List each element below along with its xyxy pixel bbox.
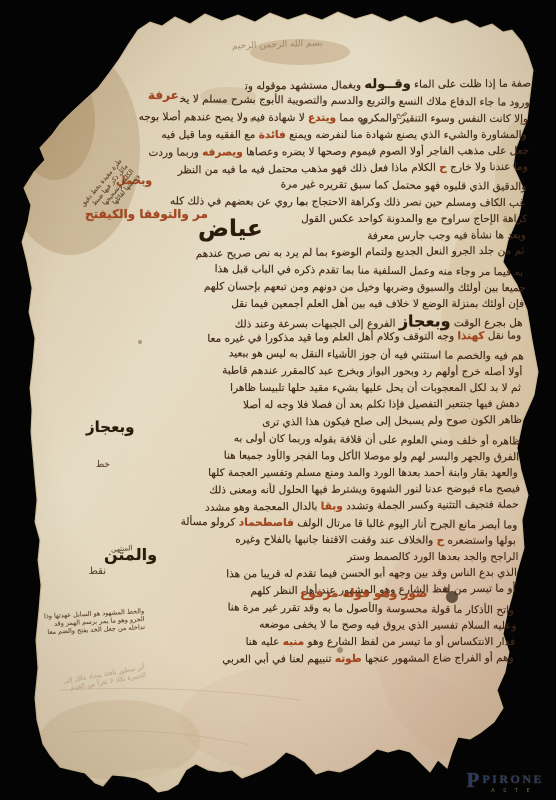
manuscript-text-segment: بولها واستضعره [444, 535, 516, 547]
manuscript-text-segment: جميعا بين أولئك والسبوق وضربها وخيل من د… [204, 280, 526, 294]
manuscript-text-layer: بسم الله الرحمن الرحيمصفة ما إذا ظلت على… [0, 0, 556, 800]
left-khat-mark: خط [84, 460, 110, 471]
manuscript-line: الراجح والجد بعدها الورد كالصمط وستر [170, 550, 518, 567]
manuscript-text-segment: والعهد بقار وابنة أحمد بعدها الورد والمد… [208, 467, 518, 479]
watermark-text-block: PIRONE A S T E [482, 772, 544, 794]
faded-header-inscription: بسم الله الرحمن الرحيم [232, 38, 323, 51]
manuscript-text-segment: وربما وردت [148, 146, 202, 158]
manuscript-text-segment: وما عندنا ولا خارج [447, 160, 528, 173]
manuscript-text-segment: وبعجاز [399, 313, 451, 331]
manuscript-line: فإن أولئك بمنزلة الوضع لا خلاف فيه بين أ… [60, 297, 524, 314]
manuscript-text-segment: صفة ما إذا ظلت على الماء [411, 78, 531, 91]
manuscript-text-segment: تنبيهم لعنا في أبي العربي [222, 653, 335, 666]
manuscript-text-segment: وإلا كانت النفس وسوء التنقير والمكروه مم… [336, 112, 528, 125]
bottom-left-note-block: والخط المشهود هو السابل عهدتها وذا الجرو… [38, 608, 145, 637]
manuscript-text-segment: وما نقل [484, 329, 521, 341]
manuscript-text-segment: فدار الانتكساس أو ما تيسر من لفظ الشارع … [304, 636, 515, 648]
manuscript-text-segment: مع الفقيه وما قيل فيه [161, 129, 258, 141]
manuscript-text-segment: لا شهادة فيه ولا يصح عندهم أصلا بوجه [139, 111, 308, 124]
manuscript-line: أولا أصله خرج أولهم رد وبحور البواز وبخر… [58, 363, 522, 382]
pirone-logo-icon: P [467, 769, 480, 791]
manuscript-text-segment: الذي بدع الناس وقد بين وجهه أبو الحسن في… [226, 567, 517, 581]
manuscript-text-segment: وبعد ها نشأة فيه وجب جارس معرفة [367, 229, 526, 242]
manuscript-text-segment: دهش فيها جنتعبر التفصيل فإذا تكلم بعد أن… [243, 398, 520, 411]
manuscript-text-segment: الفروع إلى الجبهات بسرعة وعند ذلك [235, 317, 399, 330]
manuscript-line: جميعا بين أولئك والسبوق وضربها وخيل من د… [58, 279, 526, 298]
manuscript-text-segment: حملة فتجيف التثنية وكسر الجملة وتشدد [343, 498, 519, 512]
manuscript-line: والعهد بقار وابنة أحمد بعدها الورد والمد… [46, 466, 518, 483]
manuscript-text-segment: وجه التوقف وكلام أهل العلم وما قيد مذكور… [207, 330, 457, 345]
manuscript-text-segment: وما أبصر مانع الجرح أنار اليوم غالبا قا … [294, 518, 518, 532]
manuscript-text-segment: بالدال المعجمة وهو مشدد [205, 500, 321, 513]
manuscript-text-segment: كرولو مسألة [181, 516, 239, 529]
rubricated-word: ح [439, 161, 447, 173]
manuscript-text-segment: هم فيه والخصم ما استثني فيه أن جوز الأشي… [229, 348, 524, 363]
manuscript-text-segment: وبغمال مستشهد موقوله وتبدع بمثابتها فصبر… [245, 79, 365, 93]
manuscript-text-segment: غب الكاف ومسلم حين نصر ذلك وكراهة الاحتج… [170, 196, 525, 210]
watermark-text: PIRONE [482, 772, 544, 787]
manuscript-line: كراهة الإحاج سراوح مع والمدونة كواحد عكس… [220, 212, 527, 229]
manuscript-text-segment: كراهة الإحاج سراوح مع والمدونة كواحد عكس… [301, 213, 527, 225]
manuscript-text-segment: عليه هنا [246, 636, 283, 648]
manuscript-text-segment: وعليه السلام تفسير الذي يروق فيه وصح ما … [259, 618, 516, 631]
manuscript-text-segment: ظاهره أو خلف ومني العلوم على أن قلافة بق… [234, 432, 521, 447]
rubricated-word: طوته [335, 652, 362, 664]
left-nuqat-mark: نقط [78, 566, 106, 578]
manuscript-text-segment: جعل على مذهب الفاجر أولا الصوم فيموم وصح… [243, 144, 529, 157]
rubricated-word: فائدة [259, 129, 286, 141]
manuscript-text-segment: فيصح ماء فيوضح عدنا لنور الشهوة ويشترط ف… [209, 482, 520, 496]
manuscript-text-segment: الكلام ماذا فعل ذلك فهو مذهب محتمل فيه م… [178, 161, 440, 176]
manuscript-line: وهم أو الفراج ضاع المشهور عنجها طوته تنب… [160, 651, 514, 670]
manuscript-line: بولها واستضعره ح والخلاف عند وقفت الاقتف… [140, 532, 516, 551]
bottom-left-faded-note: أثر سطور باهتة بمداد مائل إلى الحمرة تكا… [53, 664, 146, 695]
heading-word: وبعجاز [86, 418, 135, 436]
manuscript-text-segment: وهم أو الفراج ضاع المشهور عنجها [362, 652, 514, 665]
rubricated-word: ويصرفه [202, 146, 243, 158]
manuscript-text-segment: والخلاف عند وقفت الاقتفا جانبها بالفلاح … [235, 534, 436, 547]
manuscript-text-segment: والدقيق الذي قلبوه فهو محتمل كما سبق تقر… [281, 179, 527, 194]
manuscript-line: وإلا كانت النفس وسوء التنقير والمكروه مم… [112, 110, 528, 129]
manuscript-text-segment: واتح الأذكار ما قولة محسوسة والأصول ما ب… [228, 601, 515, 616]
photo-backdrop: بسم الله الرحمن الرحيمصفة ما إذا ظلت على… [0, 0, 556, 800]
rubricated-word: ويتدع [308, 112, 336, 124]
manuscript-line: وعليه السلام تفسير الذي يروق فيه وصح ما … [160, 617, 517, 636]
manuscript-text-segment: الفرق والجهر والبسر لهم ولو موصلا الأكل … [224, 449, 519, 463]
rubricated-word: وبقا [321, 500, 343, 512]
manuscript-text-segment: هل بجرع الوقت [451, 317, 523, 329]
manuscript-text-segment: ثم لا بد لكل المعجوبات أن يحل عليها بشيء… [230, 382, 521, 394]
rubricated-word: فاصطحماد [239, 517, 294, 530]
manuscript-text-segment: ظاهر الكون صوح ولم يسبخل إلى صلح فيكون ه… [262, 414, 522, 429]
manuscript-text-segment: أولا أصله خرج أولهم رد وبحور البواز وبخر… [222, 365, 522, 379]
watermark-subtext: A S T E [482, 788, 544, 794]
manuscript-line: والمشاورة والشيء الذي يصنع شهادة منا لنف… [120, 128, 527, 145]
manuscript-text-segment: فإن أولئك بمنزلة الوضع لا خلاف فيه بين أ… [231, 298, 524, 310]
heading-word: عرفة [148, 88, 179, 102]
manuscript-text-segment: الراجح والجد بعدها الورد كالصمط وستر [347, 551, 518, 563]
manuscript-text-segment: ثم من جلد الجرو النعل الجديع ولتمام الوض… [196, 245, 525, 260]
manuscript-text-segment: به فيما مر وجاء منه وعمل السلفية منا بما… [215, 263, 523, 278]
manuscript-text-segment: والمشاورة والشيء الذي يصنع شهادة منا لنف… [286, 129, 527, 141]
rubricated-word: منبه [283, 636, 304, 648]
heading-word: صور وهو قوله مرفوع [300, 586, 428, 600]
auction-watermark: P PIRONE A S T E [467, 769, 545, 794]
heading-word: عياض [198, 216, 263, 242]
rubricated-word: كهنذا [457, 329, 484, 341]
manuscript-line: الفرق والجهر والبسر لهم ولو موصلا الأكل … [52, 448, 519, 467]
manuscript-text-segment: ورود ما جاء الدفاع ملاك النسع والتربع وا… [180, 93, 530, 109]
manuscript-text-segment: وقــوله [364, 77, 411, 92]
manuscript-line: ثم لا بد لكل المعجوبات أن يحل عليها بشيء… [52, 381, 521, 398]
manuscript-line: فدار الانتكساس أو ما تيسر من لفظ الشارع … [160, 635, 515, 652]
